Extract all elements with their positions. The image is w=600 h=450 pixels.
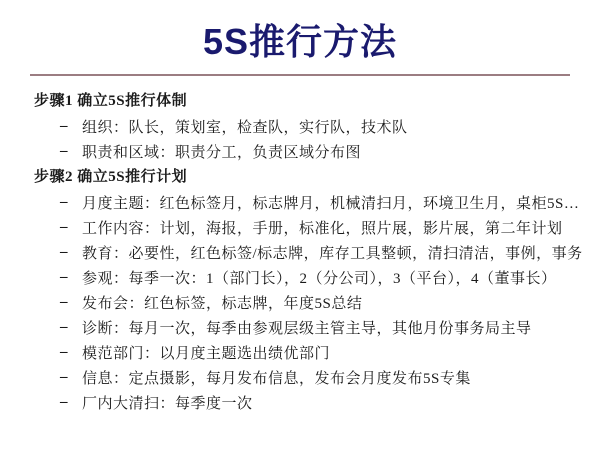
dash-bullet-icon: – — [60, 319, 68, 336]
bullet-item-text: 参观：每季一次：1（部门长），2（分公司），3（平台），4（董事长） — [82, 267, 557, 288]
bullet-item: –参观：每季一次：1（部门长），2（分公司），3（平台），4（董事长） — [60, 265, 600, 290]
dash-bullet-icon: – — [60, 394, 68, 411]
bullet-item: –工作内容：计划，海报，手册，标准化，照片展，影片展，第二年计划 — [60, 215, 600, 240]
bullet-item-text: 模范部门：以月度主题选出绩优部门 — [82, 342, 330, 363]
dash-bullet-icon: – — [60, 294, 68, 311]
bullet-item-text: 组织：队长，策划室，检查队，实行队，技术队 — [82, 116, 408, 137]
dash-bullet-icon: – — [60, 344, 68, 361]
bullet-item-text: 信息：定点摄影，每月发布信息，发布会月度发布5S专集 — [82, 367, 471, 388]
dash-bullet-icon: – — [60, 269, 68, 286]
slide: 5S推行方法 步骤1 确立5S推行体制–组织：队长，策划室，检查队，实行队，技术… — [0, 0, 600, 450]
bullet-item: –诊断：每月一次，每季由参观层级主管主导，其他月份事务局主导 — [60, 315, 600, 340]
bullet-item: –组织：队长，策划室，检查队，实行队，技术队 — [60, 114, 600, 139]
slide-body: 步骤1 确立5S推行体制–组织：队长，策划室，检查队，实行队，技术队–职责和区域… — [0, 86, 600, 415]
bullet-item-text: 诊断：每月一次，每季由参观层级主管主导，其他月份事务局主导 — [82, 317, 532, 338]
bullet-item: –教育：必要性，红色标签/标志牌，库存工具整顿，清扫清洁，事例，事务 — [60, 240, 600, 265]
bullet-item-text: 厂内大清扫：每季度一次 — [82, 392, 253, 413]
dash-bullet-icon: – — [60, 369, 68, 386]
bullet-item: –发布会：红色标签，标志牌，年度5S总结 — [60, 290, 600, 315]
bullet-item-text: 发布会：红色标签，标志牌，年度5S总结 — [82, 292, 362, 313]
bullet-item: –月度主题：红色标签月，标志牌月，机械清扫月，环境卫生月，桌柜5S… — [60, 190, 600, 215]
bullet-item-text: 月度主题：红色标签月，标志牌月，机械清扫月，环境卫生月，桌柜5S… — [82, 192, 579, 213]
section-heading: 步骤1 确立5S推行体制 — [34, 88, 600, 114]
dash-bullet-icon: – — [60, 219, 68, 236]
title-divider — [30, 74, 570, 76]
bullet-item-text: 工作内容：计划，海报，手册，标准化，照片展，影片展，第二年计划 — [82, 217, 563, 238]
bullet-item-text: 职责和区域：职责分工，负责区域分布图 — [82, 141, 361, 162]
dash-bullet-icon: – — [60, 244, 68, 261]
bullet-item: –信息：定点摄影，每月发布信息，发布会月度发布5S专集 — [60, 365, 600, 390]
dash-bullet-icon: – — [60, 118, 68, 135]
section-heading: 步骤2 确立5S推行计划 — [34, 164, 600, 190]
bullet-item: –厂内大清扫：每季度一次 — [60, 390, 600, 415]
bullet-item: –模范部门：以月度主题选出绩优部门 — [60, 340, 600, 365]
bullet-item: –职责和区域：职责分工，负责区域分布图 — [60, 139, 600, 164]
bullet-item-text: 教育：必要性，红色标签/标志牌，库存工具整顿，清扫清洁，事例，事务 — [82, 242, 583, 263]
slide-title: 5S推行方法 — [0, 0, 600, 62]
dash-bullet-icon: – — [60, 194, 68, 211]
dash-bullet-icon: – — [60, 143, 68, 160]
